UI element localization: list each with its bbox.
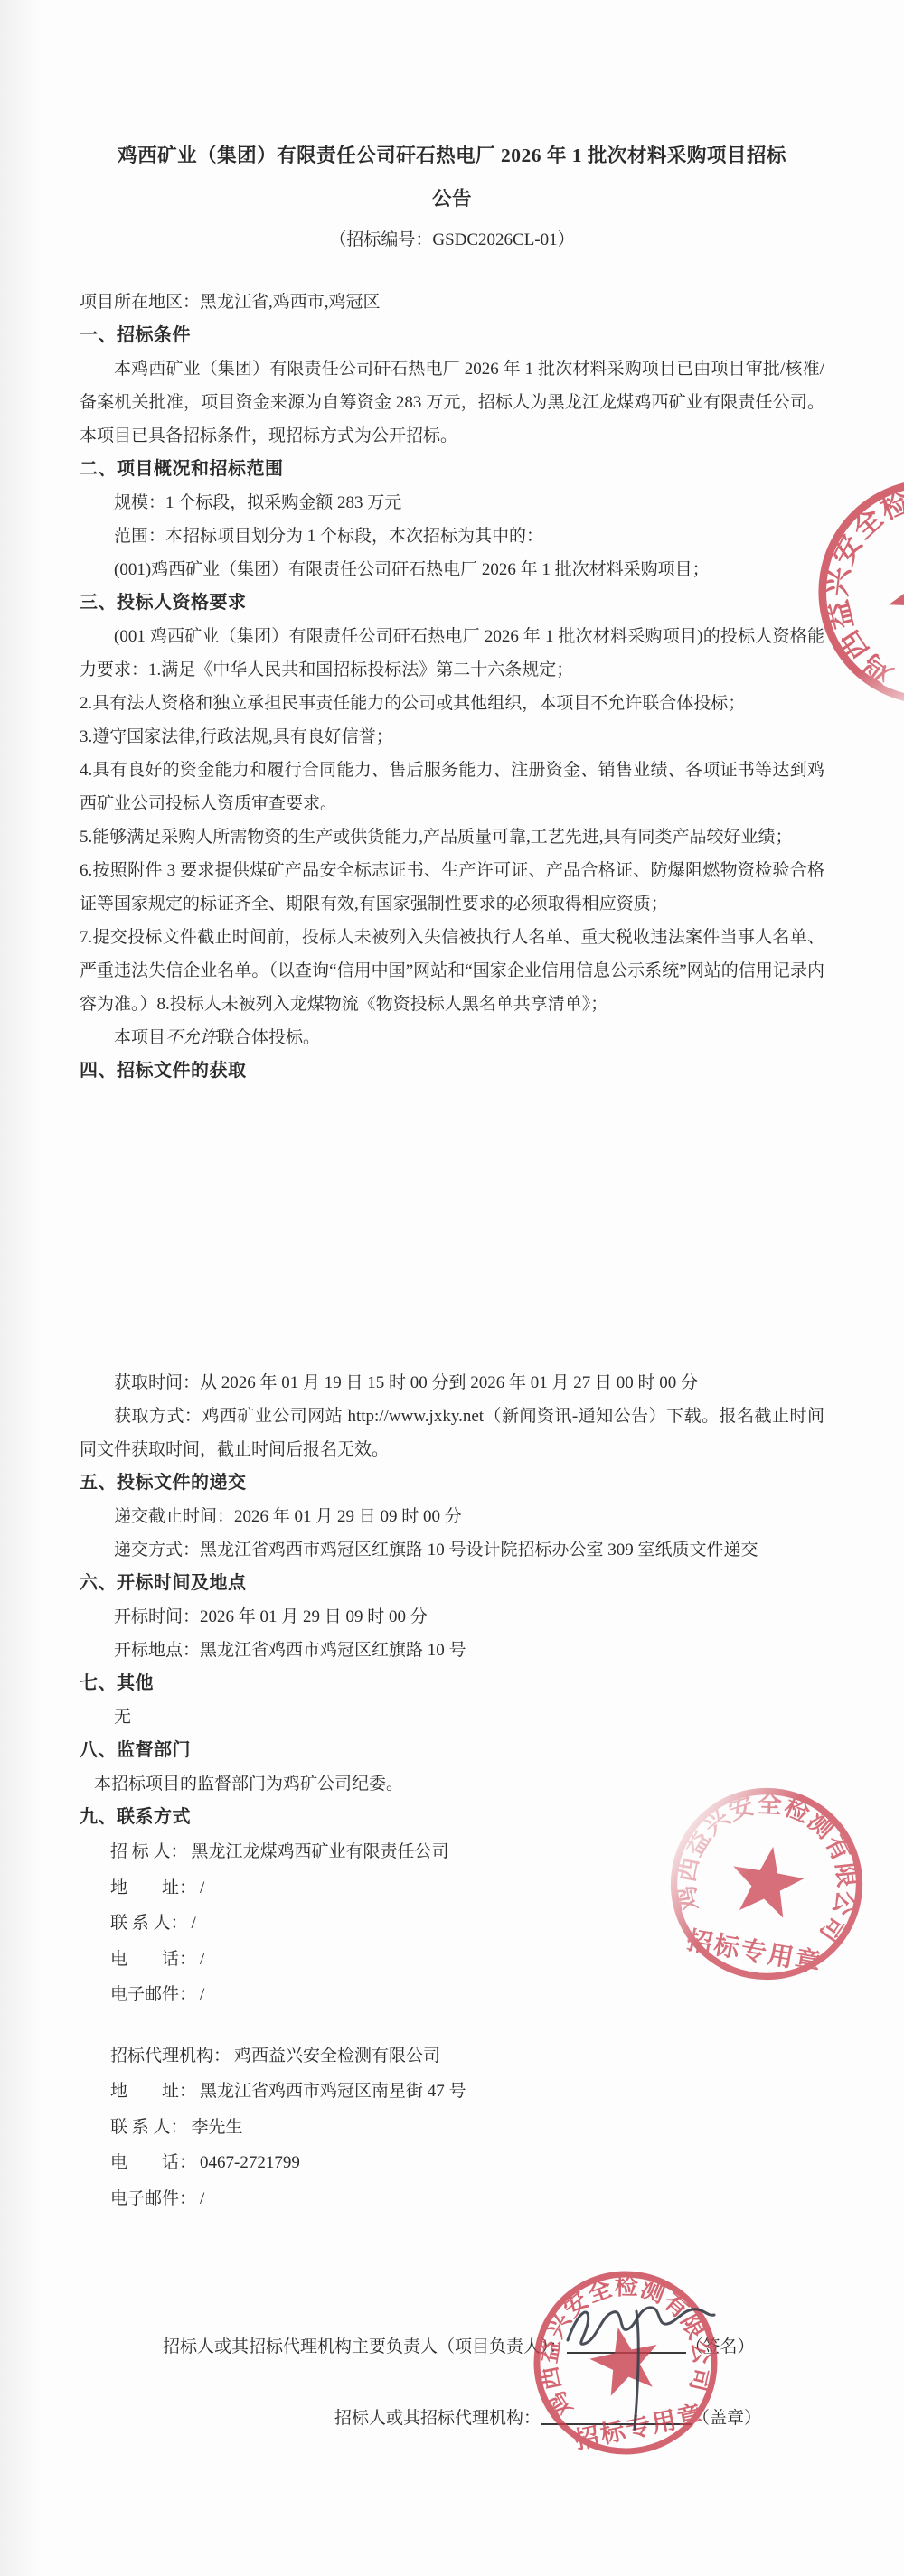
tenderer-phone-row: 电 话：/ — [110, 1942, 824, 1978]
agency-contact-person-value: 李先生 — [188, 2118, 243, 2137]
tenderer-contact-person-label: 联 系 人： — [110, 1914, 188, 1933]
agency-contact-block: 招标代理机构：鸡西益兴安全检测有限公司 地 址：黑龙江省鸡西市鸡冠区南星街 47… — [80, 2038, 824, 2217]
qualification-item-6: 6.按照附件 3 要求提供煤矿产品安全标志证书、生产许可证、产品合格证、防爆阻燃… — [80, 854, 824, 921]
section-5-heading: 五、投标文件的递交 — [80, 1466, 824, 1500]
principal-signature-line: 招标人或其招标代理机构主要负责人（项目负责人）：（签名） — [163, 2330, 755, 2365]
org-seal-label: 招标人或其招标代理机构： — [334, 2409, 541, 2428]
supervision-department-line: 本招标项目的监督部门为鸡矿公司纪委。 — [80, 1767, 824, 1801]
qualification-item-5: 5.能够满足采购人所需物资的生产或供货能力,产品质量可靠,工艺先进,具有同类产品… — [80, 820, 824, 854]
agency-email-label: 电子邮件： — [110, 2189, 196, 2208]
no-consortium-line: 本项目不允许联合体投标。 — [80, 1021, 824, 1054]
tenderer-contact-person-value: / — [188, 1914, 196, 1933]
agency-contact-person-label: 联 系 人： — [110, 2118, 188, 2137]
agency-contact-person-row: 联 系 人：李先生 — [110, 2110, 824, 2146]
principal-signature-suffix: （签名） — [686, 2337, 755, 2356]
tenderer-contact-person-row: 联 系 人：/ — [110, 1906, 824, 1942]
tenderer-phone-value: / — [196, 1950, 204, 1969]
other-none: 无 — [80, 1700, 824, 1734]
qualification-item-3: 3.遵守国家法律,行政法规,具有良好信誉； — [80, 720, 824, 754]
agency-value: 鸡西益兴安全检测有限公司 — [231, 2047, 440, 2065]
no-consortium-emphasis: 不允许 — [165, 1028, 217, 1047]
section-1-heading: 一、招标条件 — [80, 319, 824, 352]
agency-name-row: 招标代理机构：鸡西益兴安全检测有限公司 — [110, 2038, 824, 2075]
tenderer-name-row: 招 标 人：黑龙江龙煤鸡西矿业有限责任公司 — [110, 1834, 824, 1870]
bid-opening-place: 开标地点：黑龙江省鸡西市鸡冠区红旗路 10 号 — [80, 1634, 824, 1667]
section-9-heading: 九、联系方式 — [80, 1801, 824, 1834]
document-obtain-time: 获取时间：从 2026 年 01 月 19 日 15 时 00 分到 2026 … — [80, 1366, 824, 1400]
agency-address-value: 黑龙江省鸡西市鸡冠区南星街 47 号 — [196, 2082, 466, 2101]
org-seal-suffix: （盖章） — [692, 2409, 761, 2428]
document-obtain-method: 获取方式：鸡西矿业公司网站 http://www.jxky.net（新闻资讯-通… — [80, 1400, 824, 1466]
section-8-heading: 八、监督部门 — [80, 1734, 824, 1767]
qualification-item-2: 2.具有法人资格和独立承担民事责任能力的公司或其他组织，本项目不允许联合体投标； — [80, 687, 824, 720]
agency-phone-row: 电 话：0467-2721799 — [110, 2145, 824, 2181]
tenderer-label: 招 标 人： — [110, 1842, 188, 1861]
principal-signature-label: 招标人或其招标代理机构主要负责人（项目负责人）： — [163, 2337, 567, 2356]
tenderer-address-row: 地 址：/ — [110, 1870, 824, 1906]
section-4-heading: 四、招标文件的获取 — [80, 1054, 824, 1088]
tenderer-address-value: / — [196, 1878, 204, 1897]
agency-phone-label: 电 话： — [110, 2153, 196, 2172]
section-3-heading: 三、投标人资格要求 — [80, 586, 824, 620]
section-1-paragraph: 本鸡西矿业（集团）有限责任公司矸石热电厂 2026 年 1 批次材料采购项目已由… — [80, 352, 824, 453]
agency-email-value: / — [196, 2189, 204, 2208]
submission-deadline: 递交截止时间：2026 年 01 月 29 日 09 时 00 分 — [80, 1500, 824, 1533]
lot-001-line: (001)鸡西矿业（集团）有限责任公司矸石热电厂 2026 年 1 批次材料采购… — [80, 553, 824, 586]
document-content: 鸡西矿业（集团）有限责任公司矸石热电厂 2026 年 1 批次材料采购项目招标公… — [0, 0, 904, 2216]
bid-opening-time: 开标时间：2026 年 01 月 29 日 09 时 00 分 — [80, 1600, 824, 1634]
no-consortium-prefix: 本项目 — [114, 1028, 165, 1047]
org-seal-line: 招标人或其招标代理机构：（盖章） — [334, 2402, 761, 2436]
tenderer-email-label: 电子邮件： — [110, 1985, 196, 2004]
tenderer-email-row: 电子邮件：/ — [110, 1977, 824, 2013]
tenderer-address-label: 地 址： — [110, 1878, 196, 1897]
tender-number-line: （招标编号：GSDC2026CL-01） — [116, 222, 788, 258]
project-scale-line: 规模：1 个标段，拟采购金额 283 万元 — [80, 486, 824, 520]
agency-address-row: 地 址：黑龙江省鸡西市鸡冠区南星街 47 号 — [110, 2074, 824, 2110]
section-7-heading: 七、其他 — [80, 1667, 824, 1700]
document-body: 项目所在地区：黑龙江省,鸡西市,鸡冠区 一、招标条件 本鸡西矿业（集团）有限责任… — [80, 286, 824, 2216]
agency-address-label: 地 址： — [110, 2082, 196, 2101]
qualification-item-4: 4.具有良好的资金能力和履行合同能力、售后服务能力、注册资金、销售业绩、各项证书… — [80, 754, 824, 820]
org-seal-underline — [541, 2423, 692, 2425]
qualification-item-7: 7.提交投标文件截止时间前，投标人未被列入失信被执行人名单、重大税收违法案件当事… — [80, 921, 824, 1021]
agency-phone-value: 0467-2721799 — [196, 2153, 300, 2172]
document-title: 鸡西矿业（集团）有限责任公司矸石热电厂 2026 年 1 批次材料采购项目招标公… — [116, 134, 788, 220]
agency-label: 招标代理机构： — [110, 2047, 231, 2065]
page-break-gap — [80, 1088, 824, 1366]
no-consortium-suffix: 联合体投标。 — [217, 1028, 320, 1047]
tenderer-phone-label: 电 话： — [110, 1950, 196, 1969]
tenderer-value: 黑龙江龙煤鸡西矿业有限责任公司 — [188, 1842, 449, 1861]
project-scope-line: 范围：本招标项目划分为 1 个标段，本次招标为其中的： — [80, 520, 824, 553]
project-location-line: 项目所在地区：黑龙江省,鸡西市,鸡冠区 — [80, 286, 824, 319]
qualification-intro: (001 鸡西矿业（集团）有限责任公司矸石热电厂 2026 年 1 批次材料采购… — [80, 620, 824, 687]
section-2-heading: 二、项目概况和招标范围 — [80, 453, 824, 486]
submission-method: 递交方式：黑龙江省鸡西市鸡冠区红旗路 10 号设计院招标办公室 309 室纸质文… — [80, 1533, 824, 1567]
tenderer-contact-block: 招 标 人：黑龙江龙煤鸡西矿业有限责任公司 地 址：/ 联 系 人：/ 电 话：… — [80, 1834, 824, 2013]
section-6-heading: 六、开标时间及地点 — [80, 1567, 824, 1600]
scanned-tender-announcement-page: 鸡西矿业（集团）有限责任公司矸石热电厂 2026 年 1 批次材料采购项目招标公… — [0, 0, 904, 2576]
agency-email-row: 电子邮件：/ — [110, 2181, 824, 2217]
principal-signature-underline — [567, 2352, 686, 2354]
tenderer-email-value: / — [196, 1985, 204, 2004]
